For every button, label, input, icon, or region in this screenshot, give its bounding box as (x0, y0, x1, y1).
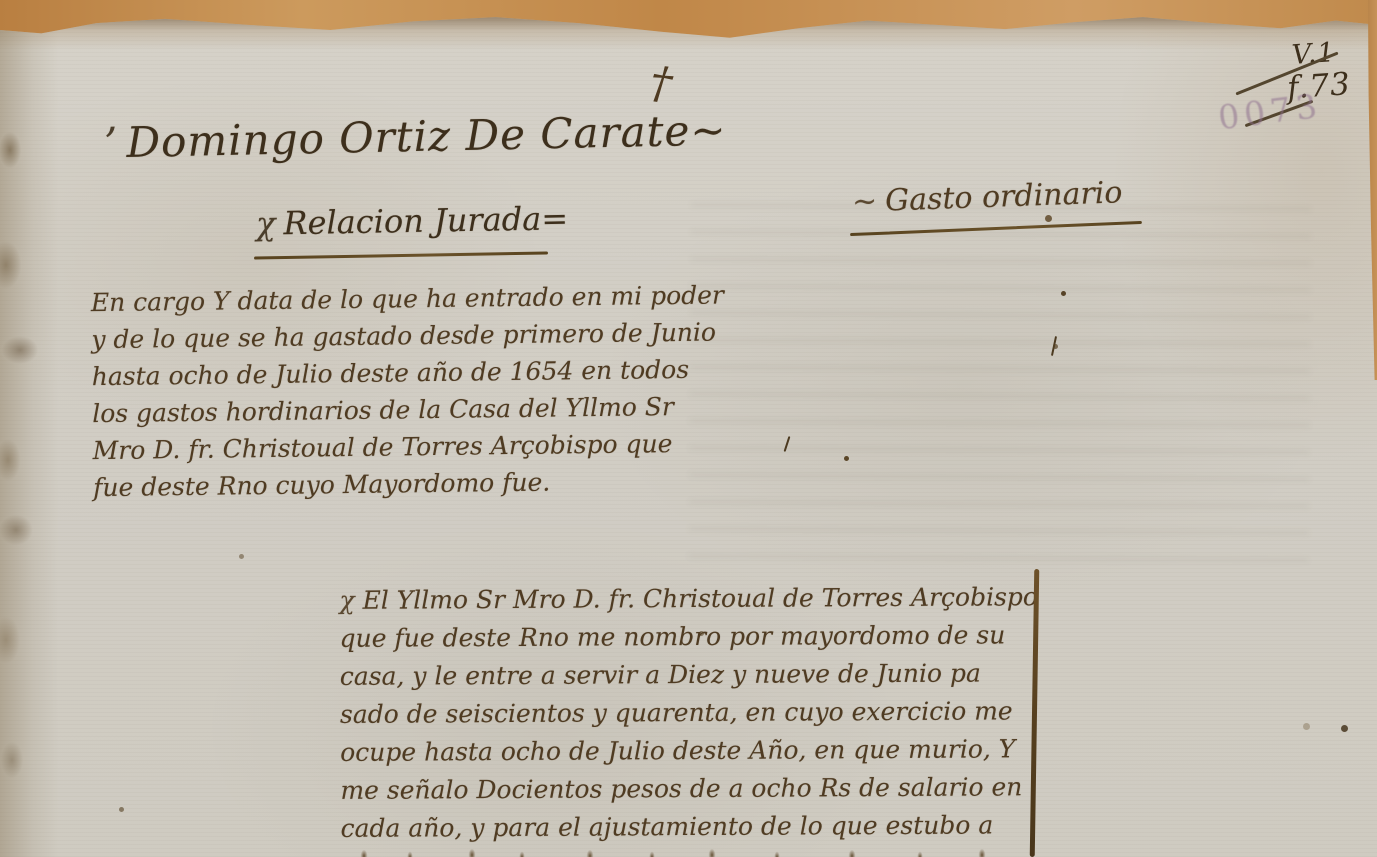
paragraph-flourish: χ (339, 586, 362, 615)
manuscript-photo: { "document": { "cross_mark": "†", "foli… (0, 0, 1377, 857)
title-text: Domingo Ortiz De Carate (126, 106, 691, 167)
subtitle-text: Relacion Jurada (283, 200, 542, 242)
cross-glyph: † (647, 57, 675, 110)
document-subtitle: χRelacion Jurada= (256, 199, 569, 242)
body-paragraph: χEl Yllmo Sr Mro D. fr. Christoual de To… (339, 578, 1060, 848)
opening-paragraph: En cargo Y data de lo que ha entrado en … (91, 276, 774, 506)
heading-flourish: ~ (851, 184, 885, 220)
clipped-text-line (352, 846, 1012, 857)
text-line: ocupe hasta ocho de Julio deste Año, en … (340, 730, 1060, 772)
text-line: El Yllmo Sr Mro D. fr. Christoual de Tor… (362, 582, 1038, 615)
text-line: que fue deste Rno me nombro por mayordom… (340, 616, 1060, 658)
subtitle-end-mark: = (541, 199, 568, 237)
title-end-flourish: ~ (690, 105, 727, 155)
text-line: cada año, y para el ajustamiento de lo q… (341, 806, 1061, 848)
subtitle-flourish: χ (256, 204, 284, 242)
ink-bleedthrough (689, 188, 1312, 562)
subtitle-underline (254, 251, 548, 259)
title-flourish: ’ (104, 118, 127, 167)
invocation-cross-mark: † (647, 57, 675, 110)
text-line: casa, y le entre a servir a Diez y nueve… (340, 654, 1060, 696)
deckled-left-edge (0, 0, 78, 857)
text-line: sado de seiscientos y quarenta, en cuyo … (340, 692, 1060, 734)
text-line: me señalo Docientos pesos de a ocho Rs d… (340, 768, 1060, 810)
faded-folio-stamp: 0073 (1216, 86, 1324, 137)
manuscript-page: † V.1 f.73 0073 ’Domingo Ortiz De Carate… (0, 0, 1377, 857)
burnt-top-edge (0, 0, 1377, 64)
ink-specks (0, 0, 3, 3)
text-line: fue deste Rno cuyo Mayordomo fue. (93, 461, 773, 506)
document-title: ’Domingo Ortiz De Carate~ (104, 105, 727, 167)
